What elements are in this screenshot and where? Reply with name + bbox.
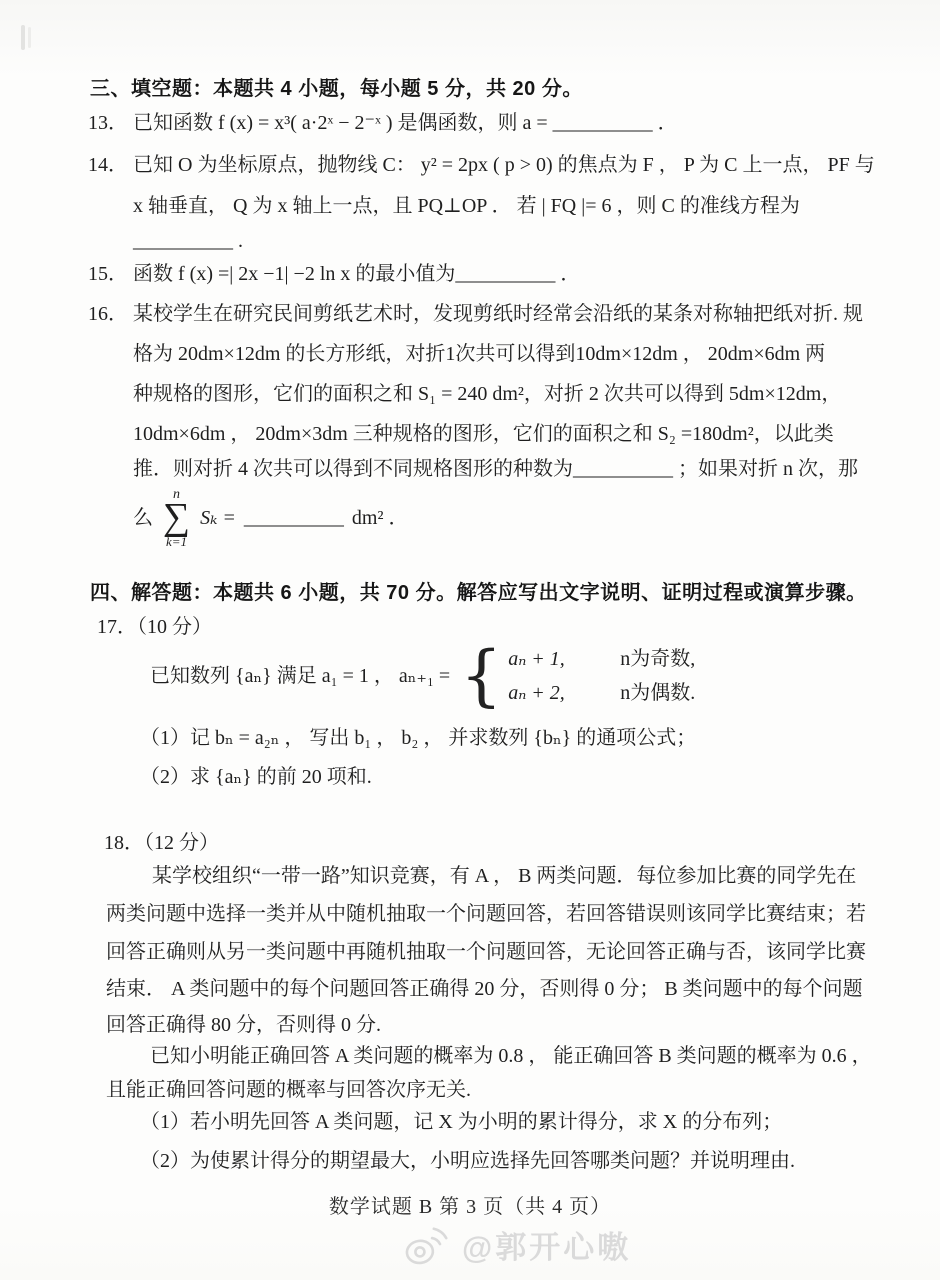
sigma-lower-limit: k=1	[166, 535, 187, 548]
question-18-header: 18．（12 分）	[104, 830, 219, 857]
question-17-intro-text: 已知数列 {aₙ} 满足 a₁ = 1 ， aₙ₊₁ =	[150, 663, 450, 690]
question-18-part1: （1）若小明先回答 A 类问题，记 X 为小明的累计得分，求 X 的分布列；	[140, 1109, 782, 1136]
question-13-text: 已知函数 f (x) = x³( a·2ˣ − 2⁻ˣ ) 是偶函数，则 a =…	[133, 112, 678, 134]
question-16-line2: 格为 20dm×12dm 的长方形纸，对折1次共可以得到10dm×12dm ， …	[133, 341, 825, 368]
piecewise-cases: aₙ + 1,n为奇数, aₙ + 2,n为偶数.	[508, 647, 695, 705]
watermark-handle: @郭开心嗷	[462, 1222, 631, 1267]
piecewise-brace: {	[460, 648, 502, 704]
question-17-score: （10 分）	[137, 616, 212, 638]
question-15: 15．函数 f (x) =| 2x −1| −2 ln x 的最小值为_____…	[88, 261, 580, 288]
question-17-header: 17．（10 分）	[97, 614, 212, 641]
section3-heading: 三、填空题：本题共 4 小题，每小题 5 分，共 20 分。	[90, 76, 583, 103]
question-18-para2-line1: 已知小明能正确回答 A 类问题的概率为 0.8 ， 能正确回答 B 类问题的概率…	[150, 1043, 872, 1070]
sum-term: Sₖ =	[200, 505, 236, 532]
question-13-number: 13．	[88, 110, 133, 137]
question-14-line1: 14．已知 O 为坐标原点，抛物线 C： y² = 2px ( p > 0) 的…	[88, 152, 875, 179]
question-18-para1-line1: 某学校组织“一带一路”知识竞赛，有 A ， B 两类问题．每位参加比赛的同学先在	[152, 863, 856, 890]
sigma-symbol: ∑	[163, 500, 190, 534]
question-17-part1: （1）记 bₙ = a₂ₙ ， 写出 b₁ ， b₂ ， 并求数列 {bₙ} 的…	[140, 725, 696, 752]
question-15-text: 函数 f (x) =| 2x −1| −2 ln x 的最小值为________…	[133, 263, 580, 285]
question-18-part2: （2）为使累计得分的期望最大，小明应选择先回答哪类问题？并说明理由.	[140, 1148, 795, 1175]
question-18-para1-line2: 两类问题中选择一类并从中随机抽取一个问题回答，若回答错误则该同学比赛结束；若	[106, 901, 866, 928]
question-16-line1: 16．某校学生在研究民间剪纸艺术时，发现剪纸时经常会沿纸的某条对称轴把纸对折. …	[88, 301, 863, 328]
question-16-sum-line: 么 n ∑ k=1 Sₖ = __________ dm² ．	[133, 486, 408, 550]
case-2-condition: n为偶数.	[620, 681, 695, 705]
question-14-number: 14．	[88, 152, 133, 179]
question-14-text1: 已知 O 为坐标原点，抛物线 C： y² = 2px ( p > 0) 的焦点为…	[133, 154, 875, 176]
scan-artifact-mark	[28, 27, 31, 48]
page-footer: 数学试题 B 第 3 页（共 4 页）	[0, 1190, 940, 1219]
section4-heading: 四、解答题：本题共 6 小题，共 70 分。解答应写出文字说明、证明过程或演算步…	[90, 580, 867, 607]
scan-artifact-mark	[21, 25, 25, 50]
question-17-number: 17．	[97, 616, 137, 638]
question-13: 13．已知函数 f (x) = x³( a·2ˣ − 2⁻ˣ ) 是偶函数，则 …	[88, 110, 678, 137]
sum-unit: dm² ．	[352, 505, 409, 532]
question-18-para2-line2: 且能正确回答问题的概率与回答次序无关.	[106, 1077, 471, 1104]
question-16-line3: 种规格的图形，它们的面积之和 S₁ = 240 dm²，对折 2 次共可以得到 …	[133, 381, 841, 408]
case-2-expression: aₙ + 2,	[508, 681, 620, 705]
question-18-score: （12 分）	[144, 832, 219, 854]
question-18-para1-line3: 回答正确则从另一类问题中再随机抽取一个问题回答，无论回答正确与否，该同学比赛	[106, 939, 866, 966]
question-14-answer-blank: __________ .	[133, 228, 243, 255]
question-18-para1-line5: 回答正确得 80 分，否则得 0 分.	[106, 1012, 381, 1039]
question-17-part2: （2）求 {aₙ} 的前 20 项和.	[140, 764, 372, 791]
question-16-line4: 10dm×6dm ， 20dm×3dm 三种规格的图形，它们的面积之和 S₂ =…	[133, 421, 834, 448]
question-18-para1-line4: 结束． A 类问题中的每个问题回答正确得 20 分，否则得 0 分； B 类问题…	[106, 976, 863, 1003]
question-17-intro: 已知数列 {aₙ} 满足 a₁ = 1 ， aₙ₊₁ = { aₙ + 1,n为…	[150, 641, 695, 711]
weibo-logo-icon	[400, 1223, 452, 1267]
piecewise-case-2: aₙ + 2,n为偶数.	[508, 681, 695, 705]
case-1-expression: aₙ + 1,	[508, 647, 620, 671]
watermark: @郭开心嗷	[400, 1222, 631, 1267]
question-18-number: 18．	[104, 832, 144, 854]
sum-prefix: 么	[133, 505, 153, 532]
exam-page: 三、填空题：本题共 4 小题，每小题 5 分，共 20 分。 13．已知函数 f…	[0, 0, 940, 1280]
question-16-number: 16．	[88, 301, 133, 328]
question-16-answer-blank-2: __________	[244, 505, 344, 532]
question-15-number: 15．	[88, 261, 133, 288]
case-1-condition: n为奇数,	[620, 647, 695, 671]
piecewise-case-1: aₙ + 1,n为奇数,	[508, 647, 695, 671]
question-16-line5: 推．则对折 4 次共可以得到不同规格图形的种数为__________ ；如果对折…	[133, 456, 858, 483]
question-16-text1: 某校学生在研究民间剪纸艺术时，发现剪纸时经常会沿纸的某条对称轴把纸对折. 规	[133, 303, 863, 325]
sigma-notation: n ∑ k=1	[163, 488, 190, 548]
question-14-line2: x 轴垂直， Q 为 x 轴上一点，且 PQ⊥OP ． 若 | FQ |= 6 …	[133, 193, 800, 220]
